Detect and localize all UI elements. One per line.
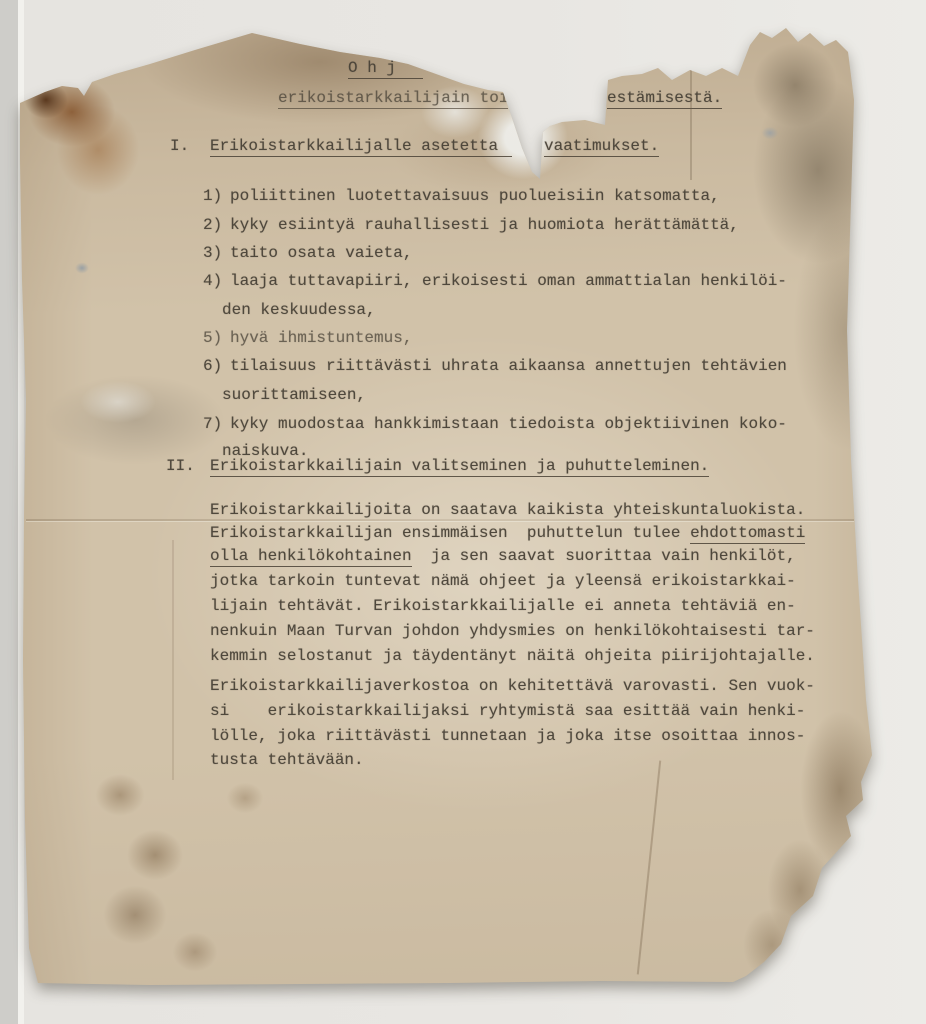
list-item-number: 3) [203,245,222,262]
paragraph-line: tusta tehtävään. [210,752,364,769]
document-title-line2-left: erikoistarkkailijain toi [278,90,508,107]
list-item-number: 7) [203,416,222,433]
title-line1-text: O h j [348,59,423,79]
list-item-text: poliittinen luotettavaisuus puolueisiin … [230,188,720,205]
section1-heading-left: Erikoistarkkailijalle asetetta [210,138,512,155]
torn-paper-sheet: O h j erikoistarkkailijain toi estämises… [0,0,926,1024]
list-item-number: 1) [203,188,222,205]
paragraph-line: jotka tarkoin tuntevat nämä ohjeet ja yl… [210,573,796,590]
underlined-phrase: olla henkilökohtainen [210,547,412,567]
diagonal-crease [637,760,661,974]
paragraph-line: lölle, joka riittävästi tunnetaan ja jok… [210,728,805,745]
list-item-text: laaja tuttavapiiri, erikoisesti oman amm… [230,273,787,290]
faint-vertical-crease [172,540,174,780]
list-item-text: hyvä ihmistuntemus, [230,330,412,347]
list-item-number: 5) [203,330,222,347]
paper-shadow-wrap: O h j erikoistarkkailijain toi estämises… [0,0,926,1024]
list-item-number: 4) [203,273,222,290]
paragraph-line: olla henkilökohtainen ja sen saavat suor… [210,548,796,565]
paragraph-line: Erikoistarkkailijan ensimmäisen puhuttel… [210,525,805,542]
title-line2-left-text: erikoistarkkailijain toi [278,89,508,109]
paragraph-line: lijain tehtävät. Erikoistarkkailijalle e… [210,598,796,615]
paragraph-line: kemmin selostanut ja täydentänyt näitä o… [210,648,815,665]
section2-heading: Erikoistarkkailijain valitseminen ja puh… [210,458,709,475]
list-item-text: tilaisuus riittävästi uhrata aikaansa an… [230,358,787,375]
list-item-text: kyky muodostaa hankkimistaan tiedoista o… [230,416,787,433]
list-item-text: kyky esiintyä rauhallisesti ja huomiota … [230,217,739,234]
list-item-text-continued: den keskuudessa, [222,302,376,319]
horizontal-fold-crease [26,519,854,521]
section1-heading-right: vaatimukset. [544,138,659,155]
list-item-number: 2) [203,217,222,234]
document-title-line1: O h j [348,60,423,77]
title-line2-right-text: estämisestä. [607,89,722,109]
section1-numeral: I. [170,138,189,155]
underlined-phrase: ehdottomasti [690,524,805,544]
paragraph-line: Erikoistarkkailijaverkostoa on kehitettä… [210,678,815,695]
document-title-line2-right: estämisestä. [607,90,722,107]
paragraph-line: nenkuin Maan Turvan johdon yhdysmies on … [210,623,815,640]
list-item-text-continued: suorittamiseen, [222,387,366,404]
scanned-document-page: O h j erikoistarkkailijain toi estämises… [0,0,926,1024]
paragraph-line: si erikoistarkkailijaksi ryhtymistä saa … [210,703,805,720]
list-item-number: 6) [203,358,222,375]
list-item-text: taito osata vaieta, [230,245,412,262]
paragraph-line: Erikoistarkkailijoita on saatava kaikist… [210,502,805,519]
section2-numeral: II. [166,458,195,475]
